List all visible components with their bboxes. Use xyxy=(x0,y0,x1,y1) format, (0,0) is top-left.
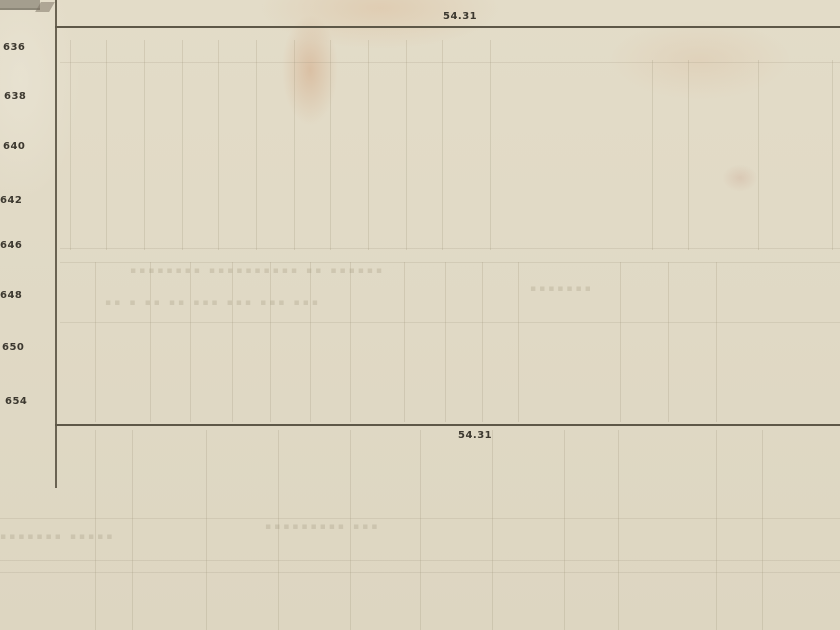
scale-label: 646 xyxy=(0,240,22,251)
corner-tape-mark xyxy=(0,0,40,10)
scale-label: 648 xyxy=(0,290,22,301)
scale-label: 642 xyxy=(0,195,22,206)
bottom-rule-label: 54.31 xyxy=(458,430,492,441)
scale-label: 654 xyxy=(5,396,27,407)
vertical-axis-line xyxy=(55,0,57,488)
top-rule-label: 54.31 xyxy=(443,11,477,22)
scale-label: 638 xyxy=(4,91,26,102)
bottom-rule-line xyxy=(55,424,840,426)
top-rule-line xyxy=(55,26,840,28)
scale-label: 640 xyxy=(3,141,25,152)
scale-label: 636 xyxy=(3,42,25,53)
scale-label: 650 xyxy=(2,342,24,353)
